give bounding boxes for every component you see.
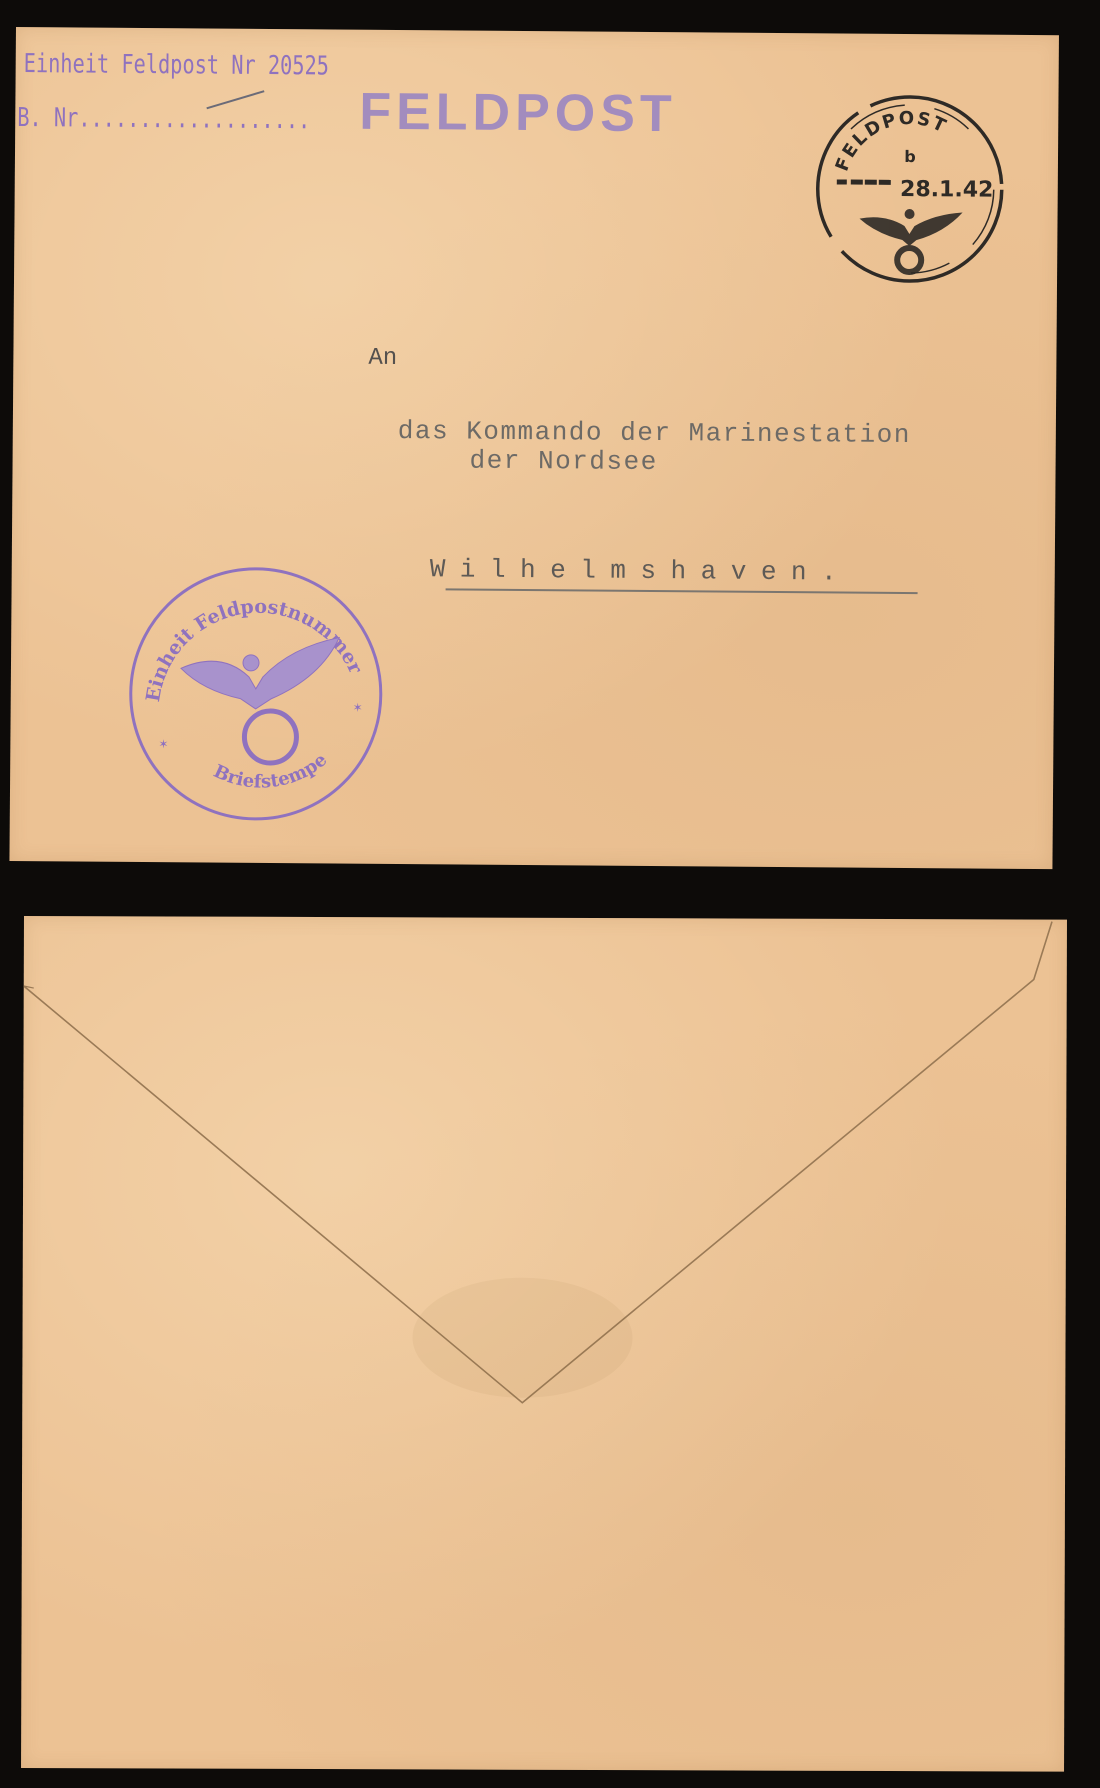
postmark-ring-icon: FELDPOST b 28.1.42 xyxy=(804,83,1016,295)
eagle-emblem-icon xyxy=(180,636,339,763)
envelope-back xyxy=(21,916,1067,1772)
feldpost-stamp: FELDPOST xyxy=(359,82,677,144)
address-city: Wilhelmshaven. xyxy=(430,554,852,587)
eagle-emblem-icon xyxy=(859,209,962,273)
address-salutation: An xyxy=(368,345,397,372)
city-underline xyxy=(446,588,918,594)
address-line-2: der Nordsee xyxy=(469,446,657,477)
postmark-date: 28.1.42 xyxy=(900,177,993,203)
star-icon: ✶ xyxy=(353,701,363,715)
envelope-front: Einheit Feldpost Nr 20525 B. Nr.........… xyxy=(9,27,1059,869)
star-icon: ✶ xyxy=(158,737,168,751)
postmark-letter: b xyxy=(904,147,916,166)
postmark: FELDPOST b 28.1.42 xyxy=(804,83,1016,295)
reference-number-stamp: B. Nr................... xyxy=(17,103,310,135)
unit-feldpost-number-stamp: Einheit Feldpost Nr 20525 xyxy=(24,49,329,81)
envelope-flap-icon xyxy=(21,916,1067,1772)
unit-cachet: Einheit Feldpostnummer 20525 Briefstempe… xyxy=(120,558,392,830)
